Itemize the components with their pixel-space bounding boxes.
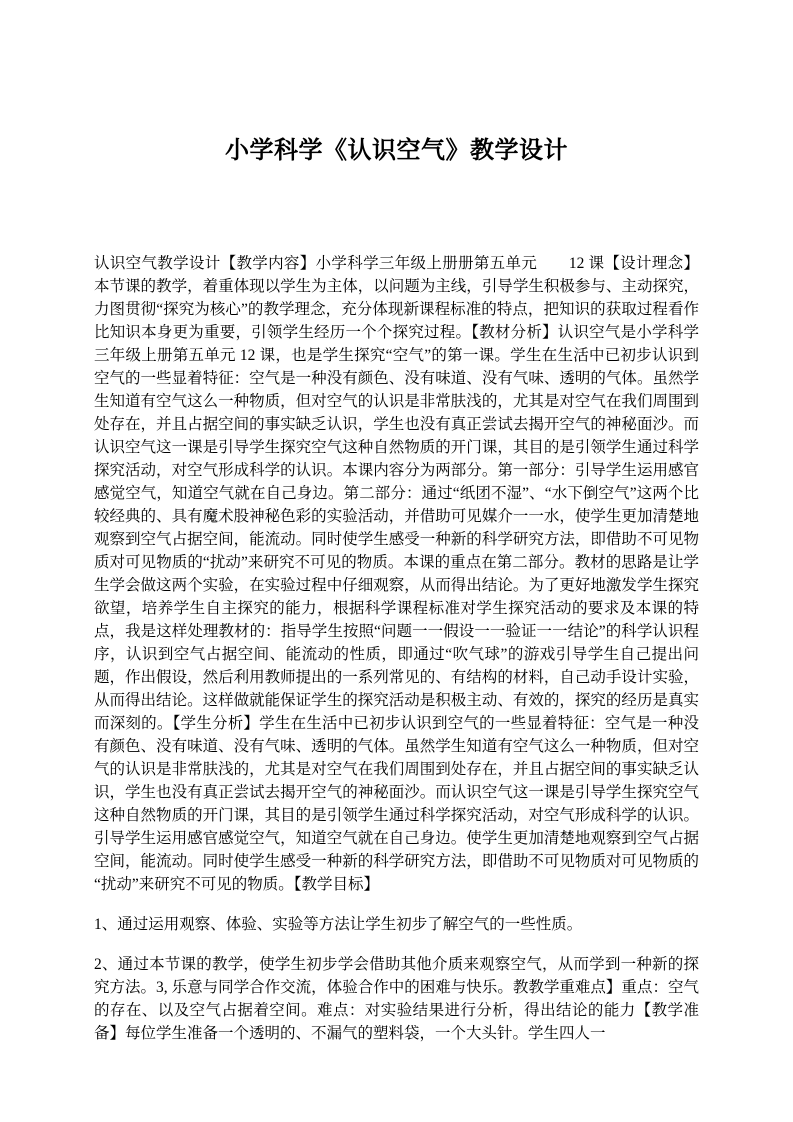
- paragraph-main-text: 认识空气教学设计【教学内容】小学科学三年级上册册第五单元 12 课【设计理念】本…: [94, 252, 699, 896]
- document-page: 小学科学《认识空气》教学设计 认识空气教学设计【教学内容】小学科学三年级上册册第…: [0, 0, 793, 1122]
- paragraph-objective-1: 1、通过运用观察、体验、实验等方法让学生初步了解空气的一些性质。: [94, 913, 699, 936]
- document-body: 认识空气教学设计【教学内容】小学科学三年级上册册第五单元 12 课【设计理念】本…: [94, 252, 699, 1045]
- paragraph-objective-2: 2、通过本节课的教学，使学生初步学会借助其他介质来观察空气，从而学到一种新的探究…: [94, 953, 699, 1045]
- document-title: 小学科学《认识空气》教学设计: [94, 136, 699, 166]
